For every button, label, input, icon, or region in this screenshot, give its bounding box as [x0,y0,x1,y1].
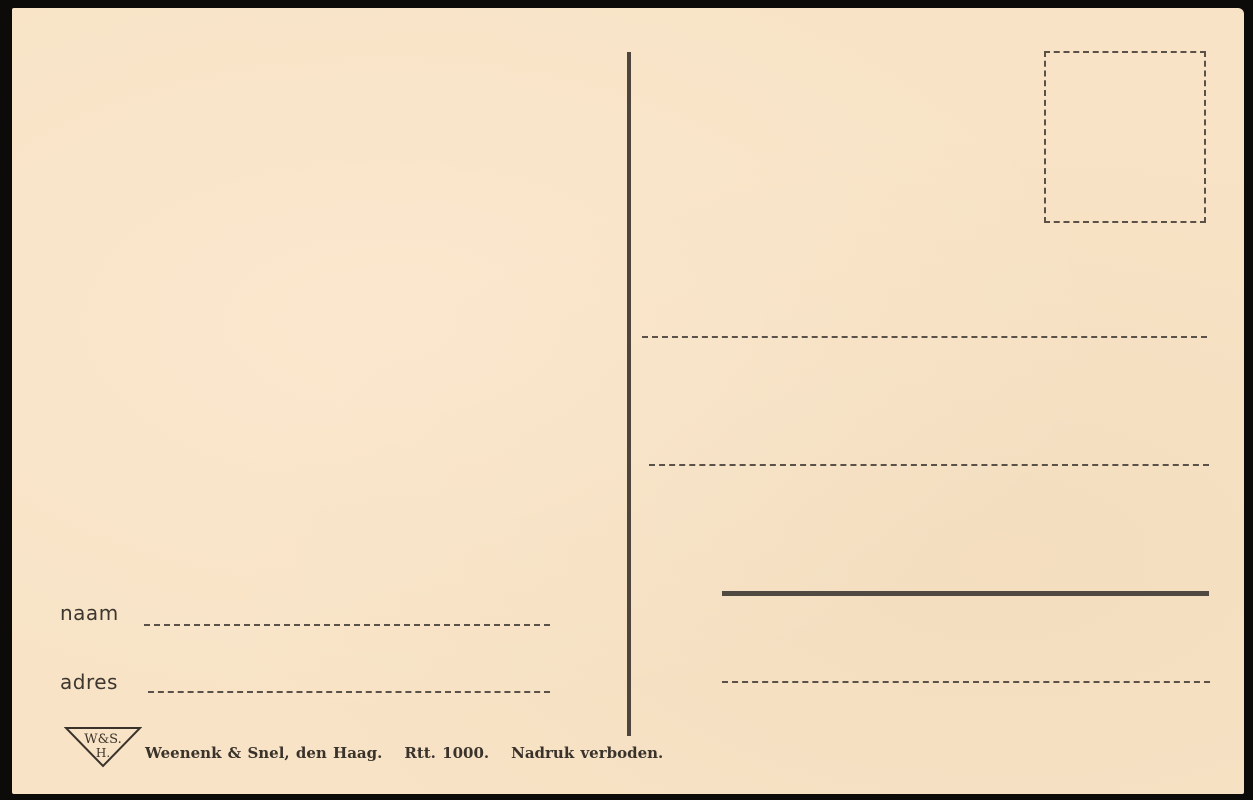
address-line-2 [649,464,1209,466]
address-line-4 [722,681,1210,683]
copyright-notice: Nadruk verboden. [511,744,663,762]
name-label: naam [60,601,119,625]
publisher-imprint: Weenenk & Snel, den Haag.Rtt. 1000.Nadru… [145,744,685,762]
publisher-name: Weenenk & Snel, den Haag. [145,744,382,762]
name-line [144,624,550,626]
svg-text:W&S.: W&S. [84,732,122,747]
stamp-placeholder-box [1044,51,1206,223]
center-divider-line [627,52,631,736]
series-number: Rtt. 1000. [404,744,489,762]
address-label: adres [60,670,118,694]
address-line-1 [642,336,1207,338]
svg-text:H.: H. [96,746,110,760]
postcard-back: naam adres W&S. H. Weenenk & Snel, den H… [12,8,1244,794]
address-line-solid [722,591,1209,596]
publisher-logo-icon: W&S. H. [64,726,142,768]
address-field-line [148,691,550,693]
